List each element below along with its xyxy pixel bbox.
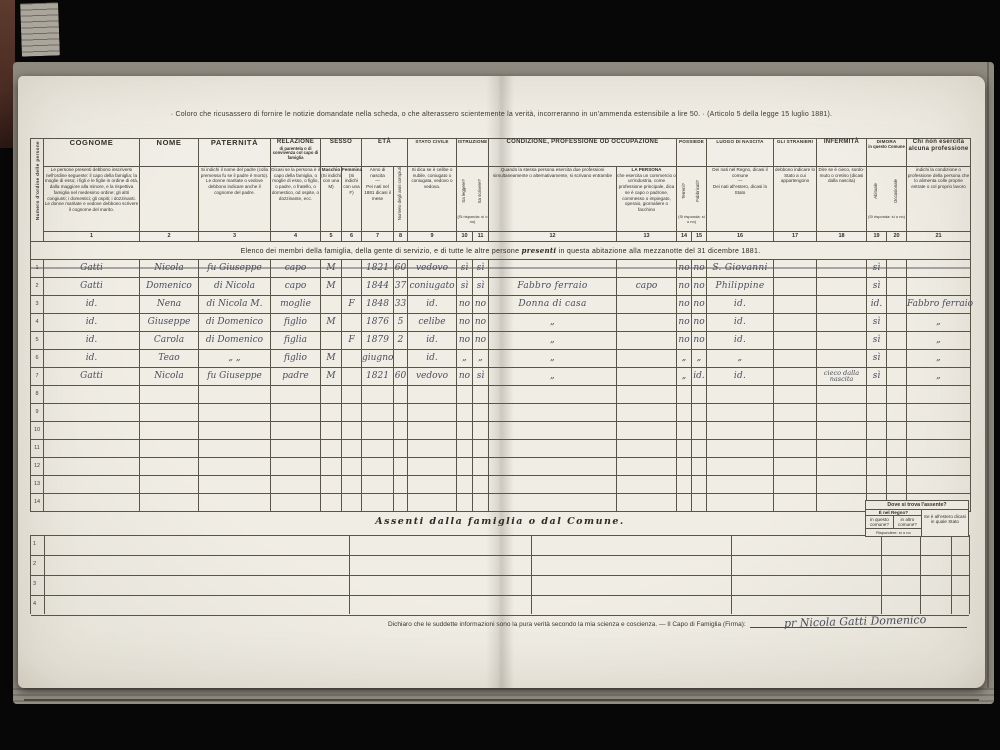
cell-condizione bbox=[489, 385, 617, 403]
cell-dim_ab: sì bbox=[867, 367, 887, 385]
col-nome-title: NOME bbox=[140, 139, 199, 167]
cell-stato bbox=[408, 457, 457, 475]
col-number: 15 bbox=[692, 231, 707, 241]
cell-scrive bbox=[473, 493, 489, 511]
cell-dim_ab: sì bbox=[867, 259, 887, 277]
cell-anni bbox=[394, 493, 408, 511]
cell-scrive bbox=[473, 475, 489, 493]
cell-legge bbox=[457, 457, 473, 475]
cell-anno bbox=[362, 493, 394, 511]
cell-chi: Fabbro ferraio bbox=[907, 295, 971, 313]
cell-luogo bbox=[707, 385, 774, 403]
col-number: 8 bbox=[394, 231, 408, 241]
cell-relazione: figlia bbox=[271, 331, 321, 349]
cell-dim_oc bbox=[887, 475, 907, 493]
cell-anni bbox=[394, 475, 408, 493]
cell-stato bbox=[408, 475, 457, 493]
cell-scrive: sì bbox=[473, 259, 489, 277]
cell-infermita bbox=[817, 331, 867, 349]
cell-relazione: figlio bbox=[271, 313, 321, 331]
row-number: 13 bbox=[31, 475, 44, 493]
col-luogo-nascita-title: LUOGO DI NASCITA bbox=[707, 139, 774, 167]
cell-fabbricati bbox=[692, 385, 707, 403]
cell-persona: capo bbox=[617, 277, 677, 295]
cell-terreni: no bbox=[677, 331, 692, 349]
person-row: 5id.Caroladi DomenicofigliaF18792id.nono… bbox=[31, 331, 971, 349]
cell-dim_ab bbox=[867, 457, 887, 475]
row-number: 4 bbox=[31, 313, 44, 331]
cell-luogo: id. bbox=[707, 367, 774, 385]
cell-relazione bbox=[271, 403, 321, 421]
cell-sm bbox=[321, 385, 342, 403]
cell-cognome: Gatti bbox=[44, 367, 140, 385]
cell-dim_oc bbox=[887, 421, 907, 439]
cell-dim_oc bbox=[887, 295, 907, 313]
cell-chi: „ bbox=[907, 349, 971, 367]
row-number: 5 bbox=[31, 331, 44, 349]
cell-scrive bbox=[473, 421, 489, 439]
col-number: 1 bbox=[44, 231, 140, 241]
cell-terreni bbox=[677, 403, 692, 421]
col-eta-title: ETÀ bbox=[362, 139, 408, 167]
cell-cognome bbox=[44, 457, 140, 475]
cell-persona bbox=[617, 295, 677, 313]
declaration-text: Dichiaro che le suddette informazioni so… bbox=[388, 621, 746, 628]
col-chi-non-esercita-desc: indichi la condizione o professione dell… bbox=[907, 167, 971, 232]
cell-relazione bbox=[271, 421, 321, 439]
cell-stato bbox=[408, 439, 457, 457]
dovebox-questo-comune: in questo comune? bbox=[866, 516, 894, 528]
cell-fabbricati bbox=[692, 439, 707, 457]
cell-condizione: „ bbox=[489, 313, 617, 331]
col-number: 12 bbox=[489, 231, 617, 241]
cell-anni bbox=[394, 439, 408, 457]
col-number: 14 bbox=[677, 231, 692, 241]
cell-stranieri bbox=[774, 349, 817, 367]
presenti-band: Elenco dei membri della famiglia, della … bbox=[31, 241, 971, 259]
col-istruzione-title: ISTRUZIONE bbox=[457, 139, 489, 167]
cell-infermita bbox=[817, 385, 867, 403]
cell-condizione: „ bbox=[489, 349, 617, 367]
cell-paternita: di Nicola bbox=[199, 277, 271, 295]
cell-sm bbox=[321, 295, 342, 313]
cell-sm bbox=[321, 457, 342, 475]
cell-sf bbox=[342, 421, 362, 439]
cell-sm bbox=[321, 493, 342, 511]
cell-fabbricati: no bbox=[692, 313, 707, 331]
cell-sf bbox=[342, 385, 362, 403]
cell-infermita bbox=[817, 277, 867, 295]
cell-persona bbox=[617, 349, 677, 367]
cell-anno bbox=[362, 439, 394, 457]
cell-terreni bbox=[677, 385, 692, 403]
cell-luogo bbox=[707, 421, 774, 439]
assenti-section: Assenti dalla famiglia o dal Comune. Dov… bbox=[30, 516, 970, 614]
cell-nome bbox=[140, 475, 199, 493]
col-condizione-desc: Quando la stessa persona esercita due pr… bbox=[489, 167, 617, 232]
census-table: Numero d'ordine delle persone COGNOME NO… bbox=[30, 138, 971, 512]
cell-infermita bbox=[817, 295, 867, 313]
cell-scrive: no bbox=[473, 331, 489, 349]
col-number: 10 bbox=[457, 231, 473, 241]
row-number: 9 bbox=[31, 403, 44, 421]
cell-infermita bbox=[817, 439, 867, 457]
cell-sf bbox=[342, 493, 362, 511]
cell-condizione bbox=[489, 493, 617, 511]
cell-relazione: moglie bbox=[271, 295, 321, 313]
cell-paternita: fu Giuseppe bbox=[199, 259, 271, 277]
cell-luogo: id. bbox=[707, 331, 774, 349]
photo-backdrop: · Coloro che ricusassero di fornire le n… bbox=[0, 0, 1000, 750]
row-number: 2 bbox=[31, 277, 44, 295]
cell-dim_ab: sì bbox=[867, 349, 887, 367]
cell-cognome: id. bbox=[44, 295, 140, 313]
cell-sm bbox=[321, 331, 342, 349]
cell-nome: Nicola bbox=[140, 259, 199, 277]
cell-stranieri bbox=[774, 475, 817, 493]
cell-legge: no bbox=[457, 367, 473, 385]
cell-terreni: no bbox=[677, 277, 692, 295]
cell-luogo: S. Giovanni bbox=[707, 259, 774, 277]
col-paternita-title: PATERNITÀ bbox=[199, 139, 271, 167]
cell-paternita: di Nicola M. bbox=[199, 295, 271, 313]
cell-condizione bbox=[489, 475, 617, 493]
cell-anno: 1879 bbox=[362, 331, 394, 349]
cell-persona bbox=[617, 421, 677, 439]
cell-luogo: id. bbox=[707, 313, 774, 331]
cell-terreni: „ bbox=[677, 349, 692, 367]
cell-nome bbox=[140, 439, 199, 457]
cell-condizione bbox=[489, 439, 617, 457]
assenti-title: Assenti dalla famiglia o dal Comune. bbox=[30, 516, 970, 527]
cell-legge: no bbox=[457, 313, 473, 331]
col-luogo-nascita-desc: Dei nati nel Regno, dicasi il comune — D… bbox=[707, 167, 774, 232]
cell-dim_oc bbox=[887, 277, 907, 295]
cell-terreni bbox=[677, 475, 692, 493]
cell-persona bbox=[617, 493, 677, 511]
cell-relazione: padre bbox=[271, 367, 321, 385]
cell-nome bbox=[140, 457, 199, 475]
cell-luogo bbox=[707, 439, 774, 457]
assenti-row-number: 3 bbox=[33, 581, 36, 587]
col-stranieri-desc: debbono indicare lo Stato a cui apparten… bbox=[774, 167, 817, 232]
cell-persona bbox=[617, 385, 677, 403]
cell-fabbricati bbox=[692, 475, 707, 493]
cell-cognome bbox=[44, 385, 140, 403]
cell-infermita bbox=[817, 493, 867, 511]
cell-cognome: id. bbox=[44, 313, 140, 331]
person-row: 3id.Nenadi Nicola M.moglieF184833id.nono… bbox=[31, 295, 971, 313]
cell-stranieri bbox=[774, 493, 817, 511]
col-number: 20 bbox=[887, 231, 907, 241]
cell-anno bbox=[362, 421, 394, 439]
cell-luogo bbox=[707, 457, 774, 475]
cell-dim_ab: sì bbox=[867, 313, 887, 331]
cell-anno bbox=[362, 475, 394, 493]
cell-chi: „ bbox=[907, 367, 971, 385]
cell-cognome bbox=[44, 403, 140, 421]
legal-warning-line: · Coloro che ricusassero di fornire le n… bbox=[128, 111, 875, 118]
dovebox-estero: Se è all'estero dicasi in quale Stato bbox=[922, 510, 968, 536]
cell-scrive: no bbox=[473, 295, 489, 313]
cell-chi: „ bbox=[907, 331, 971, 349]
cell-legge: sì bbox=[457, 277, 473, 295]
col-eta-anno-desc: Anno di nascita — Pei nati nel 1881 dica… bbox=[362, 167, 394, 232]
cell-cognome: Gatti bbox=[44, 277, 140, 295]
col-number: 11 bbox=[473, 231, 489, 241]
cell-fabbricati: id. bbox=[692, 367, 707, 385]
cell-anno bbox=[362, 385, 394, 403]
cell-nome: Giuseppe bbox=[140, 313, 199, 331]
cell-paternita: „ „ bbox=[199, 349, 271, 367]
cell-luogo: „ bbox=[707, 349, 774, 367]
cell-fabbricati: no bbox=[692, 331, 707, 349]
col-paternita-desc: Si indichi il nome del padre (colla prem… bbox=[199, 167, 271, 232]
cell-infermita: cieco dalla nascita bbox=[817, 367, 867, 385]
cell-legge bbox=[457, 403, 473, 421]
person-row: 13 bbox=[31, 475, 971, 493]
cell-paternita bbox=[199, 493, 271, 511]
person-row: 7GattiNicolafu GiuseppepadreM182160vedov… bbox=[31, 367, 971, 385]
cell-persona bbox=[617, 475, 677, 493]
cell-dim_ab: sì bbox=[867, 277, 887, 295]
cell-relazione: capo bbox=[271, 277, 321, 295]
cell-sm bbox=[321, 439, 342, 457]
cell-terreni: „ bbox=[677, 367, 692, 385]
cell-terreni bbox=[677, 439, 692, 457]
cell-scrive bbox=[473, 385, 489, 403]
cell-terreni: no bbox=[677, 295, 692, 313]
declaration-line: Dichiaro che le suddette informazioni so… bbox=[388, 613, 967, 628]
col-number: 9 bbox=[408, 231, 457, 241]
col-number: 4 bbox=[271, 231, 321, 241]
cell-sm: M bbox=[321, 367, 342, 385]
row-number: 14 bbox=[31, 493, 44, 511]
col-number: 2 bbox=[140, 231, 199, 241]
cell-anni bbox=[394, 349, 408, 367]
cell-condizione: „ bbox=[489, 367, 617, 385]
assenti-row-number: 4 bbox=[33, 601, 36, 607]
cell-dim_ab bbox=[867, 475, 887, 493]
col-number: 7 bbox=[362, 231, 394, 241]
cell-relazione bbox=[271, 457, 321, 475]
cell-stato: celibe bbox=[408, 313, 457, 331]
row-number: 7 bbox=[31, 367, 44, 385]
cell-persona bbox=[617, 457, 677, 475]
cell-terreni: no bbox=[677, 259, 692, 277]
cell-dim_oc bbox=[887, 367, 907, 385]
cell-stranieri bbox=[774, 277, 817, 295]
person-row: 11 bbox=[31, 439, 971, 457]
page-edge-line bbox=[20, 694, 983, 696]
cell-luogo bbox=[707, 493, 774, 511]
col-stato-civile-title: STATO CIVILE bbox=[408, 139, 457, 167]
cell-legge bbox=[457, 475, 473, 493]
col-possiede-title: POSSIEDE bbox=[677, 139, 707, 167]
cell-sm bbox=[321, 421, 342, 439]
cell-stranieri bbox=[774, 313, 817, 331]
cell-nome: Teao bbox=[140, 349, 199, 367]
cell-sf bbox=[342, 277, 362, 295]
cell-infermita bbox=[817, 457, 867, 475]
cell-anni: 60 bbox=[394, 367, 408, 385]
cell-anni: 37 bbox=[394, 277, 408, 295]
cell-stato bbox=[408, 493, 457, 511]
cell-persona bbox=[617, 331, 677, 349]
cell-anno bbox=[362, 457, 394, 475]
cell-paternita bbox=[199, 385, 271, 403]
cell-stranieri bbox=[774, 385, 817, 403]
side-label-numero-ordine: Numero d'ordine delle persone bbox=[31, 139, 44, 242]
cell-sf bbox=[342, 475, 362, 493]
col-number: 3 bbox=[199, 231, 271, 241]
assenti-row: 2 bbox=[31, 556, 969, 576]
head-of-family-signature: pr Nicola Gatti Domenico bbox=[784, 613, 927, 630]
cell-anni: 5 bbox=[394, 313, 408, 331]
row-number: 3 bbox=[31, 295, 44, 313]
cell-legge: no bbox=[457, 295, 473, 313]
person-row: 2GattiDomenicodi NicolacapoM184437coniug… bbox=[31, 277, 971, 295]
cell-infermita bbox=[817, 403, 867, 421]
cell-stato: id. bbox=[408, 349, 457, 367]
cell-sm bbox=[321, 475, 342, 493]
cell-legge: no bbox=[457, 331, 473, 349]
col-sesso-femmina: Femmina(Si indichi con una F) bbox=[342, 167, 362, 232]
col-infermita-desc: Dire se è cieco, sordo-muto o cretino (d… bbox=[817, 167, 867, 232]
cell-anno: 1821 bbox=[362, 259, 394, 277]
person-row: 10 bbox=[31, 421, 971, 439]
cell-sm: M bbox=[321, 313, 342, 331]
cell-condizione bbox=[489, 259, 617, 277]
cell-persona bbox=[617, 313, 677, 331]
torn-page-fragment bbox=[20, 2, 60, 56]
cell-anno bbox=[362, 403, 394, 421]
col-dimora-desc: AbitualeOccasionale (Si risponda: sì o n… bbox=[867, 167, 907, 232]
col-infermita-title: INFERMITÀ bbox=[817, 139, 867, 167]
cell-luogo bbox=[707, 403, 774, 421]
cell-anno: 1844 bbox=[362, 277, 394, 295]
cell-sf: F bbox=[342, 331, 362, 349]
col-istruzione-desc: Sa leggere?Sa scrivere? (Si risponda: sì… bbox=[457, 167, 489, 232]
cell-dim_ab bbox=[867, 439, 887, 457]
col-stato-civile-desc: Si dica se è celibe o nubile, coniugato … bbox=[408, 167, 457, 232]
census-form-page: · Coloro che ricusassero di fornire le n… bbox=[18, 76, 985, 688]
cell-fabbricati bbox=[692, 493, 707, 511]
cell-stranieri bbox=[774, 457, 817, 475]
cell-fabbricati bbox=[692, 421, 707, 439]
cell-relazione: capo bbox=[271, 259, 321, 277]
cell-fabbricati bbox=[692, 457, 707, 475]
cell-fabbricati: no bbox=[692, 295, 707, 313]
dove-si-trova-box: Dove si trova l'assente? È nel Regno? in… bbox=[865, 500, 969, 537]
cell-nome bbox=[140, 421, 199, 439]
cell-cognome: id. bbox=[44, 349, 140, 367]
cell-condizione: „ bbox=[489, 331, 617, 349]
cell-relazione bbox=[271, 439, 321, 457]
cell-sm bbox=[321, 403, 342, 421]
cell-anno: giugno bbox=[362, 349, 394, 367]
cell-nome: Nicola bbox=[140, 367, 199, 385]
cell-cognome: Gatti bbox=[44, 259, 140, 277]
cell-dim_ab bbox=[867, 385, 887, 403]
cell-chi bbox=[907, 439, 971, 457]
cell-stranieri bbox=[774, 439, 817, 457]
col-number: 6 bbox=[342, 231, 362, 241]
cell-dim_ab bbox=[867, 403, 887, 421]
cell-legge: sì bbox=[457, 259, 473, 277]
cell-chi: „ bbox=[907, 313, 971, 331]
cell-chi bbox=[907, 403, 971, 421]
person-row: 4id.Giuseppedi DomenicofiglioM18765celib… bbox=[31, 313, 971, 331]
cell-luogo: id. bbox=[707, 295, 774, 313]
cell-terreni bbox=[677, 457, 692, 475]
cell-stranieri bbox=[774, 259, 817, 277]
col-number: 21 bbox=[907, 231, 971, 241]
cell-cognome bbox=[44, 475, 140, 493]
cell-condizione bbox=[489, 403, 617, 421]
cell-chi bbox=[907, 385, 971, 403]
column-numbers-row: 1 2 3 4 5 6 7 8 9 10 11 12 13 14 15 16 1 bbox=[31, 231, 971, 241]
cell-relazione: figlio bbox=[271, 349, 321, 367]
person-row: 1GattiNicolafu GiuseppecapoM182160vedovo… bbox=[31, 259, 971, 277]
col-stranieri-title: GLI STRANIERI bbox=[774, 139, 817, 167]
cell-persona bbox=[617, 367, 677, 385]
row-number: 11 bbox=[31, 439, 44, 457]
col-number: 19 bbox=[867, 231, 887, 241]
person-row: 6id.Teao„ „figlioMgiugnoid.„„„„„„sì„ bbox=[31, 349, 971, 367]
cell-stato: vedovo bbox=[408, 367, 457, 385]
cell-anni bbox=[394, 457, 408, 475]
cell-sf bbox=[342, 439, 362, 457]
cell-anni bbox=[394, 421, 408, 439]
cell-condizione: Donna di casa bbox=[489, 295, 617, 313]
cell-cognome bbox=[44, 439, 140, 457]
cell-fabbricati bbox=[692, 403, 707, 421]
person-row: 14 bbox=[31, 493, 971, 511]
cell-nome bbox=[140, 385, 199, 403]
cell-relazione bbox=[271, 475, 321, 493]
col-possiede-desc: Terreni?Fabbricati? (Si risponda: sì o n… bbox=[677, 167, 707, 232]
cell-stato bbox=[408, 385, 457, 403]
cell-condizione bbox=[489, 421, 617, 439]
cell-infermita bbox=[817, 259, 867, 277]
cell-sf bbox=[342, 259, 362, 277]
col-sesso-maschio: Maschio(Si indichi con una M) bbox=[321, 167, 342, 232]
cell-paternita bbox=[199, 403, 271, 421]
cell-dim_ab: sì bbox=[867, 331, 887, 349]
cell-cognome bbox=[44, 421, 140, 439]
cell-fabbricati: no bbox=[692, 277, 707, 295]
cell-stato: id. bbox=[408, 295, 457, 313]
cell-dim_oc bbox=[887, 259, 907, 277]
cell-relazione bbox=[271, 385, 321, 403]
cell-paternita bbox=[199, 475, 271, 493]
cell-condizione bbox=[489, 457, 617, 475]
cell-anni bbox=[394, 403, 408, 421]
cell-dim_oc bbox=[887, 385, 907, 403]
cell-stranieri bbox=[774, 295, 817, 313]
row-number: 6 bbox=[31, 349, 44, 367]
cell-stato bbox=[408, 403, 457, 421]
cell-anno: 1821 bbox=[362, 367, 394, 385]
cell-stato bbox=[408, 421, 457, 439]
cell-chi bbox=[907, 457, 971, 475]
col-number: 18 bbox=[817, 231, 867, 241]
col-cognome-title: COGNOME bbox=[44, 139, 140, 167]
cell-paternita bbox=[199, 421, 271, 439]
cell-sm: M bbox=[321, 277, 342, 295]
cell-terreni: no bbox=[677, 313, 692, 331]
